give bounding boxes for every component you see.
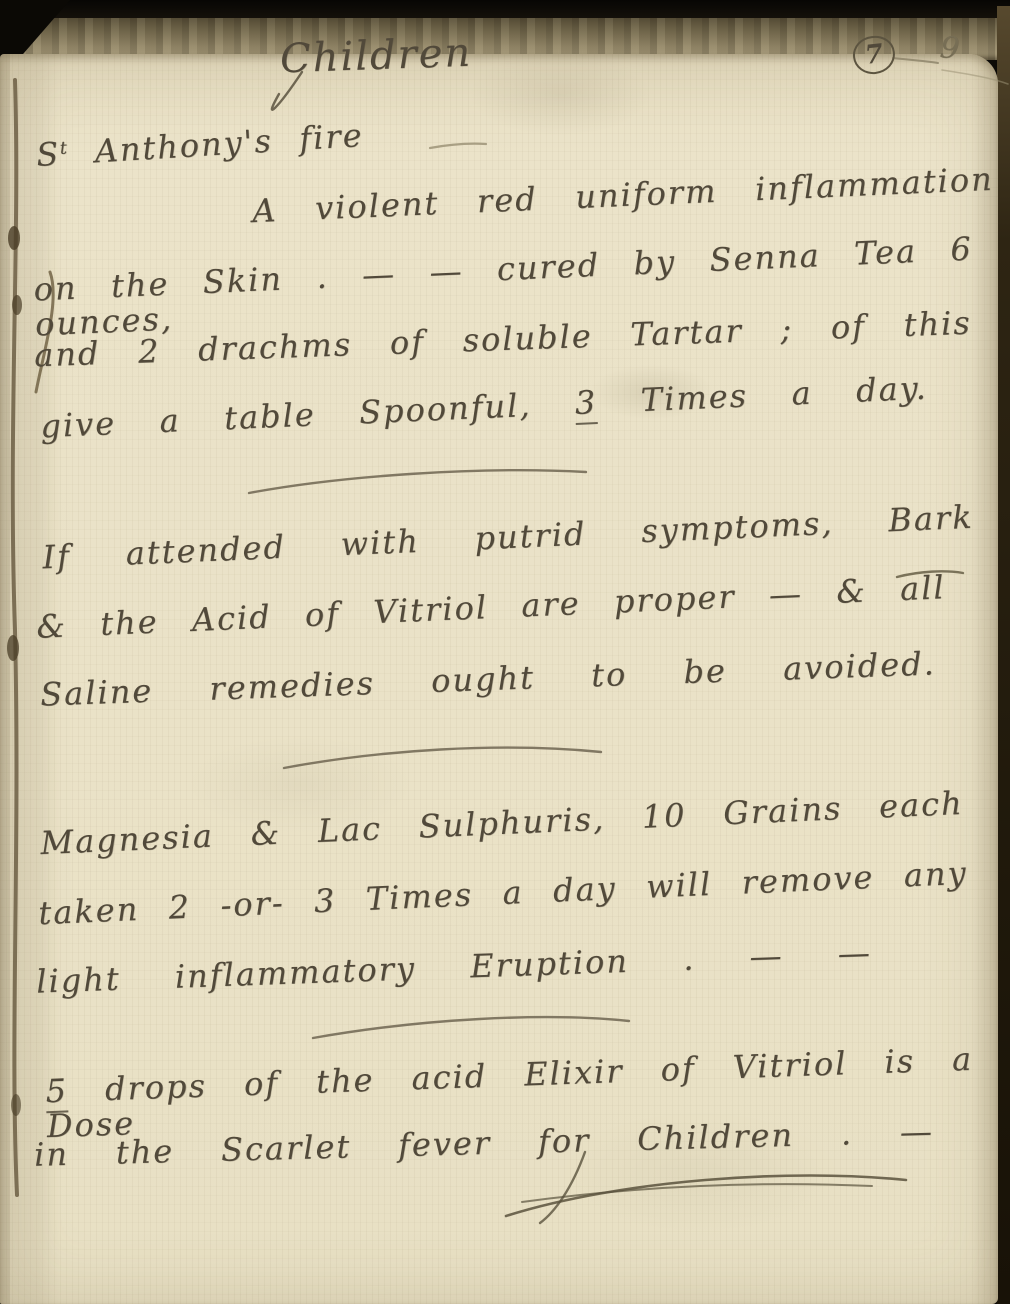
folio-number: 9 xyxy=(938,31,962,66)
page-number-text: 7 xyxy=(863,39,884,71)
manuscript-photo: Children 7 9 St Anthony's fire A violent… xyxy=(0,0,1010,1304)
page-title: Children xyxy=(279,31,473,82)
book-right-edge xyxy=(997,6,1010,1304)
photo-top-edge xyxy=(0,0,1010,18)
underlined-3: 3 xyxy=(574,383,598,425)
page-title-text: Children xyxy=(279,30,473,83)
